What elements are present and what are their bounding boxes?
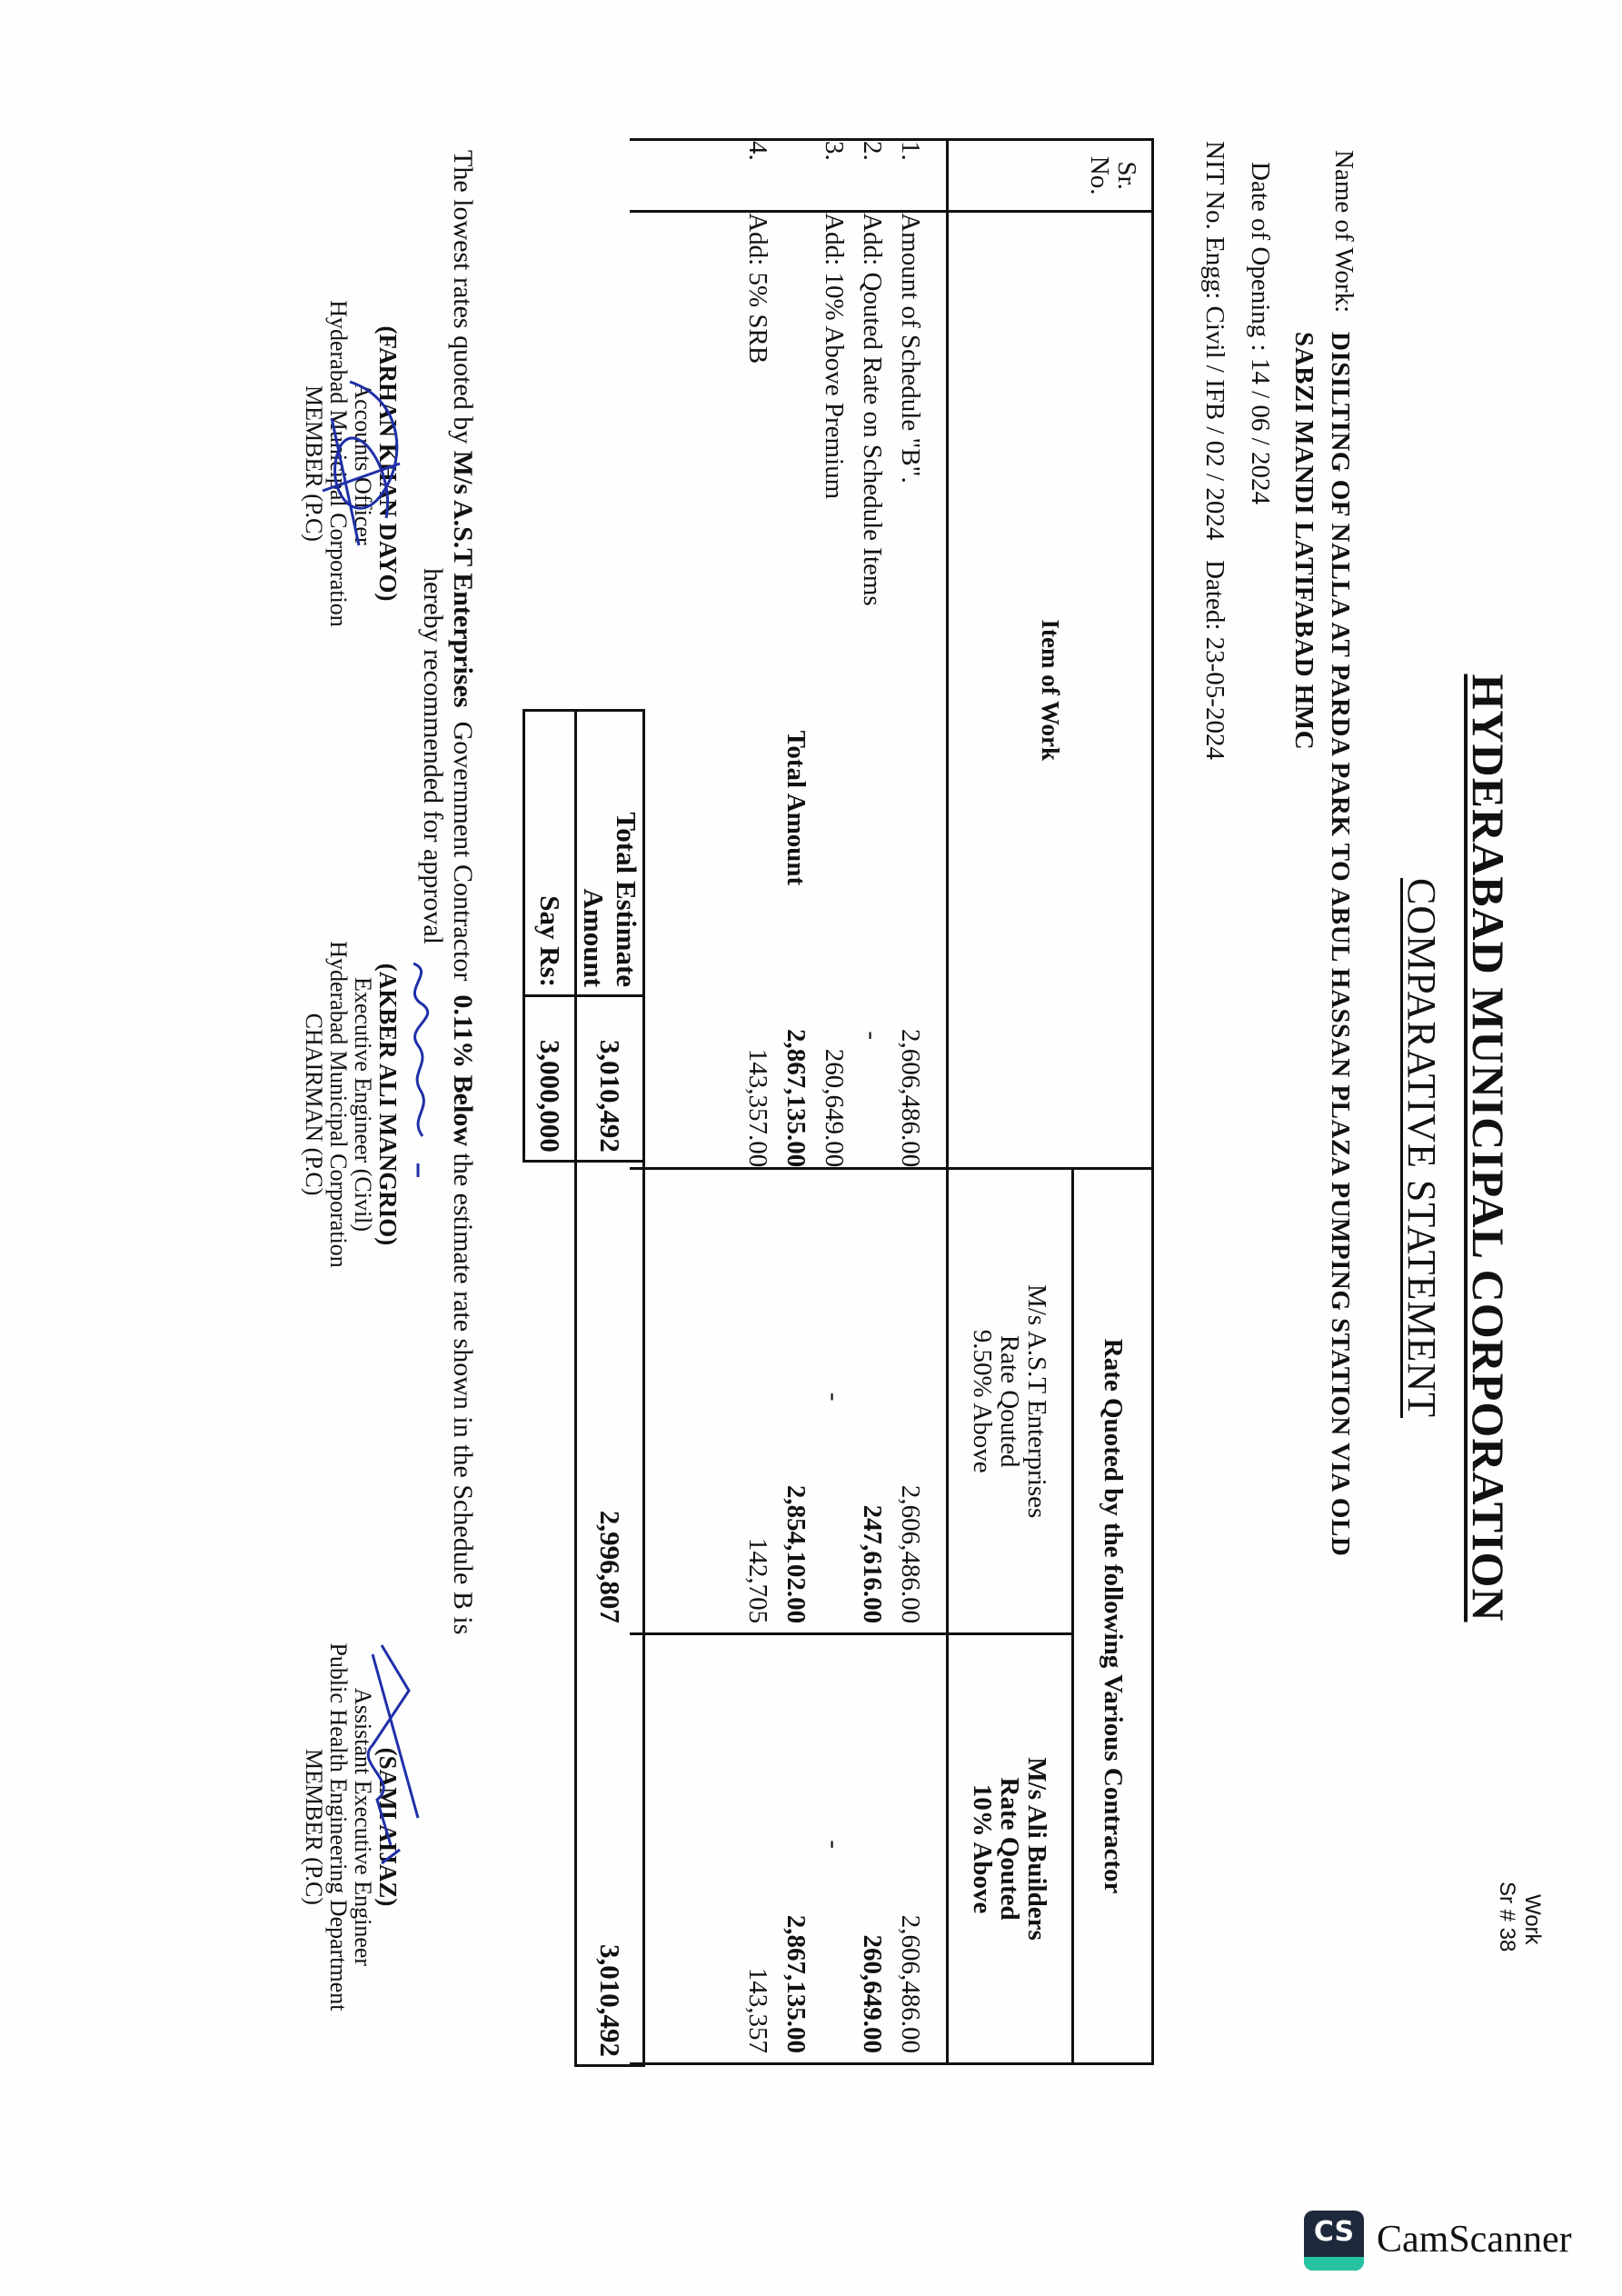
table-cell-ast: 2,606,486.00 — [891, 1170, 930, 1623]
signatory-3-role: MEMBER (P.C) — [302, 1618, 326, 2036]
table-cell-sr: 2. — [853, 141, 891, 210]
table-cell-ali: 2,867,135.00 — [777, 1635, 815, 2053]
signatory-2-designation: Executive Engineer (Civil) — [351, 904, 375, 1304]
table-cell-ali: - — [815, 1635, 853, 2053]
signatory-1: (FARHAN KHAN DAYO) Accounts Officer Hyde… — [302, 273, 400, 654]
signatory-1-department: Hyderabad Municipal Corporation — [326, 273, 351, 654]
signatory-2: (AKBER ALI MANGRIO) Executive Engineer (… — [302, 904, 400, 1304]
signature-2-icon — [395, 954, 441, 1191]
nit-number-text: NIT No. Engg: Civil / IFB / 02 / 2024 — [1200, 141, 1229, 540]
header-rate-group-text: Rate Quoted by the following Various Con… — [1099, 1339, 1128, 1894]
sr-column: 1.2.3.4. — [630, 140, 948, 212]
signatory-1-role: MEMBER (P.C) — [302, 273, 326, 654]
signatory-3: (SAMI AIJAZ) Assistant Executive Enginee… — [302, 1618, 400, 2036]
ast-total-value: 2,996,807 — [576, 1161, 644, 1631]
signatory-3-name: (SAMI AIJAZ) — [375, 1618, 400, 2036]
camscanner-logo-icon: CS — [1304, 2211, 1364, 2271]
reco-middle: Government Contractor — [448, 722, 478, 982]
signatory-3-designation: Assistant Executive Engineer — [351, 1618, 375, 2036]
signatory-2-role: CHAIRMAN (P.C) — [302, 904, 326, 1304]
recommendation-text: The lowest rates quoted by M/s A.S.T Ent… — [436, 150, 489, 2104]
signatory-2-name: (AKBER ALI MANGRIO) — [375, 904, 400, 1304]
work-ref-line2: Sr # 38 — [1494, 1882, 1519, 1952]
name-of-work-line1: DISILTING OF NALLA AT PARDA PARK TO ABUL… — [1322, 332, 1358, 1556]
contractor-ali-line2: Rate Qouted — [997, 1635, 1024, 2062]
reco-contractor: M/s A.S.T Enterprises — [448, 451, 478, 708]
ast-column: 2,606,486.00247,616.00-2,854,102.00142,7… — [630, 1169, 948, 1634]
totals-table: Total Estimate Amount 3,010,492 2,996,80… — [522, 709, 645, 2067]
work-ref-line1: Work — [1519, 1882, 1545, 1952]
signatory-3-department: Public Health Engineering Department — [326, 1618, 351, 2036]
contractor-ast-name: M/s A.S.T Enterprises — [1024, 1170, 1051, 1632]
totals-blank — [524, 1161, 576, 2065]
ali-column: 2,606,486.00260,649.00-2,867,135.00143,3… — [630, 1634, 948, 2064]
table-cell-sr: 1. — [891, 141, 930, 210]
name-of-work-label: Name of Work: — [1328, 150, 1358, 313]
signatory-1-name: (FARHAN KHAN DAYO) — [375, 273, 400, 654]
table-cell-ast: 142,705 — [739, 1170, 777, 1623]
header-item-of-work-text: Item of Work — [1037, 619, 1064, 761]
reco-prefix: The lowest rates quoted by — [448, 150, 478, 444]
table-cell-ali: 143,357 — [739, 1635, 777, 2053]
total-estimate-value: 3,010,492 — [576, 996, 644, 1162]
table-cell-estimate: 2,606,486.00 — [891, 903, 930, 1167]
camscanner-logo-text: CS — [1304, 2216, 1364, 2248]
contractor-ast-line2: Rate Qouted — [997, 1170, 1024, 1632]
table-cell-estimate: - — [853, 903, 891, 1167]
say-rs-value: 3,000,000 — [524, 996, 576, 1162]
header-item-of-work: Item of Work — [948, 212, 1153, 1169]
total-estimate-label: Total Estimate Amount — [576, 711, 644, 996]
table-cell-estimate: 2,867,135.00 — [777, 903, 815, 1167]
date-of-opening: Date of Opening : 14 / 06 / 2024 — [1245, 162, 1275, 504]
contractor-ali-rate: 10% Above — [970, 1635, 997, 2062]
reco-percent: 0.11% Below — [448, 994, 478, 1146]
table-cell-ali: 260,649.00 — [853, 1635, 891, 2053]
say-rs-label: Say Rs: — [524, 711, 576, 996]
table-cell-estimate: 260,649.00 — [815, 903, 853, 1167]
table-cell-ast: 2,854,102.00 — [777, 1170, 815, 1623]
camscanner-logo-accent — [1304, 2257, 1364, 2271]
nit-number: NIT No. Engg: Civil / IFB / 02 / 2024 Da… — [1199, 141, 1229, 760]
contractor-ast-rate: 9.50% Above — [970, 1170, 997, 1632]
table-cell-ali: 2,606,486.00 — [891, 1635, 930, 2053]
comparative-table: Sr. No. Item of Work Rate Quoted by the … — [630, 138, 1154, 2065]
table-cell-estimate: 143,357.00 — [739, 903, 777, 1167]
table-cell-item: Add: Qouted Rate on Schedule Items — [853, 213, 891, 903]
header-rate-group: Rate Quoted by the following Various Con… — [1073, 1169, 1153, 2064]
signatory-1-designation: Accounts Officer — [351, 273, 375, 654]
table-cell-ast: 247,616.00 — [853, 1170, 891, 1623]
work-serial-ref: Work Sr # 38 — [1494, 1882, 1545, 1952]
camscanner-brand: CamScanner — [1377, 2218, 1572, 2261]
nit-dated: Dated: 23-05-2024 — [1200, 560, 1229, 760]
signatory-2-department: Hyderabad Municipal Corporation — [326, 904, 351, 1304]
organization-title-text: HYDERABAD MUNICIPAL CORPORATION — [1463, 674, 1514, 1622]
header-sr-no-line2: No. — [1086, 141, 1113, 210]
table-cell-ast: - — [815, 1170, 853, 1623]
ali-total-value: 3,010,492 — [576, 1631, 644, 2066]
item-estimate-column: Amount of Schedule "B".Add: Qouted Rate … — [630, 212, 948, 1169]
header-sr-no: Sr. No. — [948, 140, 1153, 212]
table-cell-item: Amount of Schedule "B". — [891, 213, 930, 903]
table-cell-item: Add: 10% Above Premium — [815, 213, 853, 903]
table-cell-sr: 3. — [815, 141, 853, 210]
name-of-work-line2: SABZI MANDI LATIFABAD HMC — [1286, 332, 1322, 1556]
scanned-document-page: HYDERABAD MUNICIPAL CORPORATION COMPARAT… — [0, 0, 1622, 2296]
reco-suffix: the estimate rate shown in the Schedule … — [448, 1153, 478, 1634]
recommendation-line2: hereby recommended for approval — [417, 568, 448, 944]
table-cell-sr: 4. — [739, 141, 777, 210]
document-title: COMPARATIVE STATEMENT — [1398, 0, 1445, 2296]
header-sr-no-line1: Sr. — [1113, 141, 1140, 210]
table-cell-sr — [777, 141, 815, 210]
contractor-ali-name: M/s Ali Builders — [1024, 1635, 1051, 2062]
table-cell-item: Add: 5% SRB — [739, 213, 777, 903]
document-title-text: COMPARATIVE STATEMENT — [1399, 878, 1444, 1418]
header-contractor-ast: M/s A.S.T Enterprises Rate Qouted 9.50% … — [948, 1169, 1073, 1634]
header-contractor-ali: M/s Ali Builders Rate Qouted 10% Above — [948, 1634, 1073, 2064]
name-of-work-value: DISILTING OF NALLA AT PARDA PARK TO ABUL… — [1286, 332, 1358, 1556]
table-cell-item: Total Amount — [777, 213, 815, 903]
